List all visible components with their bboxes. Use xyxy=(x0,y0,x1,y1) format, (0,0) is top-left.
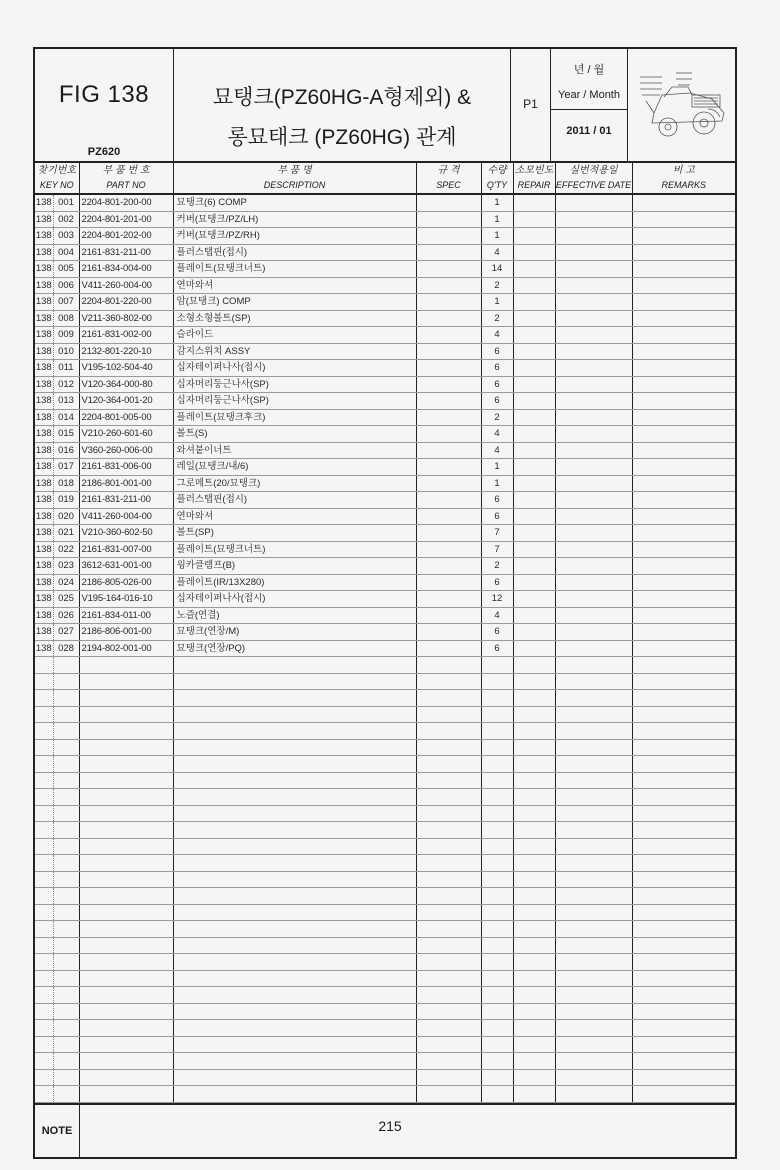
cell-key-no: 003 xyxy=(53,228,79,245)
cell-quantity xyxy=(481,855,513,872)
cell-quantity: 1 xyxy=(481,228,513,245)
cell-key-fig xyxy=(35,657,53,674)
col-header-key-no: 찾기번호KEY NO xyxy=(35,163,79,194)
table-row: 138008V211-360-802-00소형소형볼트(SP)2 xyxy=(35,310,735,327)
cell-remarks xyxy=(632,541,735,558)
cell-key-no xyxy=(53,789,79,806)
cell-remarks xyxy=(632,706,735,723)
cell-spec xyxy=(416,343,481,360)
cell-spec xyxy=(416,244,481,261)
cell-quantity xyxy=(481,1036,513,1053)
cell-effective-date xyxy=(555,1069,632,1086)
table-row: 1380272186-806-001-00묘탱크(연장/M)6 xyxy=(35,624,735,641)
table-row xyxy=(35,1053,735,1070)
cell-repair xyxy=(513,508,555,525)
cell-part-no: V210-360-602-50 xyxy=(79,525,173,542)
cell-quantity: 4 xyxy=(481,327,513,344)
table-header-row: 찾기번호KEY NO 부 품 번 호PART NO 부 품 명DESCRIPTI… xyxy=(35,163,735,194)
cell-part-no xyxy=(79,937,173,954)
cell-quantity: 1 xyxy=(481,459,513,476)
cell-repair xyxy=(513,360,555,377)
cell-description: 연마와셔 xyxy=(173,277,416,294)
cell-key-no xyxy=(53,1003,79,1020)
cell-key-no xyxy=(53,871,79,888)
cell-description: 십자테이퍼나사(접시) xyxy=(173,591,416,608)
cell-remarks xyxy=(632,525,735,542)
cell-effective-date xyxy=(555,706,632,723)
cell-key-no xyxy=(53,657,79,674)
col-header-description: 부 품 명DESCRIPTION xyxy=(173,163,416,194)
table-row: 138021V210-360-602-50볼트(SP)7 xyxy=(35,525,735,542)
cell-key-no: 001 xyxy=(53,194,79,211)
cell-remarks xyxy=(632,277,735,294)
cell-repair xyxy=(513,756,555,773)
cell-quantity: 6 xyxy=(481,640,513,657)
cell-spec xyxy=(416,723,481,740)
cell-quantity xyxy=(481,1069,513,1086)
cell-key-no xyxy=(53,838,79,855)
cell-effective-date xyxy=(555,558,632,575)
cell-remarks xyxy=(632,1003,735,1020)
cell-spec xyxy=(416,574,481,591)
cell-key-fig xyxy=(35,739,53,756)
cell-repair xyxy=(513,640,555,657)
cell-description xyxy=(173,690,416,707)
cell-repair xyxy=(513,706,555,723)
cell-key-no: 010 xyxy=(53,343,79,360)
cell-key-no: 025 xyxy=(53,591,79,608)
cell-description: 묘탱크(연장/M) xyxy=(173,624,416,641)
parts-table-body: 1380012204-801-200-00묘탱크(6) COMP11380022… xyxy=(35,194,735,1102)
cell-key-fig: 138 xyxy=(35,574,53,591)
cell-repair xyxy=(513,673,555,690)
cell-effective-date xyxy=(555,888,632,905)
cell-spec xyxy=(416,954,481,971)
table-row xyxy=(35,954,735,971)
table-row: 138025V195-164-016-10십자테이퍼나사(접시)12 xyxy=(35,591,735,608)
cell-quantity xyxy=(481,756,513,773)
cell-key-no xyxy=(53,904,79,921)
cell-spec xyxy=(416,508,481,525)
cell-part-no: 2204-801-005-00 xyxy=(79,409,173,426)
cell-key-fig: 138 xyxy=(35,327,53,344)
cell-description: 플러스탭핀(접시) xyxy=(173,492,416,509)
cell-repair xyxy=(513,244,555,261)
cell-repair xyxy=(513,772,555,789)
cell-quantity: 6 xyxy=(481,492,513,509)
cell-part-no xyxy=(79,690,173,707)
cell-key-no xyxy=(53,921,79,938)
cell-effective-date xyxy=(555,1086,632,1103)
cell-part-no xyxy=(79,1053,173,1070)
cell-effective-date xyxy=(555,690,632,707)
cell-remarks xyxy=(632,855,735,872)
cell-effective-date xyxy=(555,194,632,211)
cell-key-fig xyxy=(35,937,53,954)
cell-key-fig xyxy=(35,805,53,822)
cell-quantity xyxy=(481,954,513,971)
cell-description: 볼트(S) xyxy=(173,426,416,443)
cell-spec xyxy=(416,194,481,211)
cell-quantity: 1 xyxy=(481,475,513,492)
cell-key-fig: 138 xyxy=(35,508,53,525)
cell-effective-date xyxy=(555,376,632,393)
cell-quantity xyxy=(481,772,513,789)
year-month-label-ko: 년 / 월 xyxy=(551,61,627,77)
cell-part-no: 2161-831-002-00 xyxy=(79,327,173,344)
cell-quantity: 6 xyxy=(481,393,513,410)
cell-remarks xyxy=(632,1069,735,1086)
cell-key-fig: 138 xyxy=(35,558,53,575)
cell-quantity xyxy=(481,1053,513,1070)
cell-quantity xyxy=(481,789,513,806)
cell-spec xyxy=(416,987,481,1004)
cell-effective-date xyxy=(555,525,632,542)
table-row: 138006V411-260-004-00연마와셔2 xyxy=(35,277,735,294)
cell-spec xyxy=(416,459,481,476)
cell-effective-date xyxy=(555,1020,632,1037)
cell-part-no xyxy=(79,838,173,855)
cell-description xyxy=(173,739,416,756)
cell-key-fig: 138 xyxy=(35,194,53,211)
cell-repair xyxy=(513,558,555,575)
cell-remarks xyxy=(632,475,735,492)
cell-key-fig: 138 xyxy=(35,261,53,278)
cell-key-no xyxy=(53,723,79,740)
cell-description: 묘탱크(연장/PQ) xyxy=(173,640,416,657)
cell-repair xyxy=(513,921,555,938)
cell-spec xyxy=(416,1086,481,1103)
cell-spec xyxy=(416,558,481,575)
cell-remarks xyxy=(632,261,735,278)
table-row: 1380052161-834-004-00플레이트(묘탱크너트)14 xyxy=(35,261,735,278)
cell-key-no: 016 xyxy=(53,442,79,459)
cell-spec xyxy=(416,706,481,723)
cell-quantity xyxy=(481,1003,513,1020)
cell-repair xyxy=(513,343,555,360)
cell-part-no: 3612-631-001-00 xyxy=(79,558,173,575)
table-row xyxy=(35,789,735,806)
cell-key-no: 015 xyxy=(53,426,79,443)
cell-remarks xyxy=(632,558,735,575)
cell-key-no: 011 xyxy=(53,360,79,377)
cell-effective-date xyxy=(555,954,632,971)
cell-description: 커버(묘탱크/PZ/RH) xyxy=(173,228,416,245)
cell-remarks xyxy=(632,393,735,410)
cell-repair xyxy=(513,1053,555,1070)
title-line-1: 묘탱크(PZ60HG-A형제외) & xyxy=(174,81,510,111)
cell-part-no xyxy=(79,871,173,888)
cell-key-no xyxy=(53,1020,79,1037)
cell-key-no: 004 xyxy=(53,244,79,261)
cell-effective-date xyxy=(555,475,632,492)
cell-part-no xyxy=(79,673,173,690)
cell-effective-date xyxy=(555,393,632,410)
page-number: 215 xyxy=(0,1118,780,1134)
cell-repair xyxy=(513,1020,555,1037)
table-row xyxy=(35,1020,735,1037)
cell-spec xyxy=(416,1020,481,1037)
cell-quantity: 14 xyxy=(481,261,513,278)
cell-quantity xyxy=(481,987,513,1004)
cell-key-no xyxy=(53,970,79,987)
cell-repair xyxy=(513,970,555,987)
cell-effective-date xyxy=(555,723,632,740)
cell-part-no xyxy=(79,706,173,723)
cell-effective-date xyxy=(555,970,632,987)
cell-repair xyxy=(513,987,555,1004)
cell-spec xyxy=(416,772,481,789)
cell-key-no xyxy=(53,772,79,789)
table-row: 1380092161-831-002-00슬라이드4 xyxy=(35,327,735,344)
cell-spec xyxy=(416,426,481,443)
cell-quantity: 6 xyxy=(481,343,513,360)
cell-spec xyxy=(416,739,481,756)
cell-key-no xyxy=(53,1086,79,1103)
cell-effective-date xyxy=(555,426,632,443)
cell-remarks xyxy=(632,343,735,360)
cell-remarks xyxy=(632,1053,735,1070)
cell-remarks xyxy=(632,1036,735,1053)
cell-key-fig xyxy=(35,1020,53,1037)
table-row xyxy=(35,921,735,938)
cell-quantity: 2 xyxy=(481,310,513,327)
cell-spec xyxy=(416,690,481,707)
cell-quantity: 6 xyxy=(481,360,513,377)
cell-key-no: 012 xyxy=(53,376,79,393)
cell-quantity: 4 xyxy=(481,244,513,261)
cell-remarks xyxy=(632,739,735,756)
cell-remarks xyxy=(632,805,735,822)
cell-part-no: V210-260-601-60 xyxy=(79,426,173,443)
cell-effective-date xyxy=(555,541,632,558)
cell-key-fig xyxy=(35,987,53,1004)
cell-description xyxy=(173,657,416,674)
sheet-header: FIG 138 PZ620 묘탱크(PZ60HG-A형제외) & 롱묘태크 (P… xyxy=(35,49,735,163)
cell-key-no: 022 xyxy=(53,541,79,558)
table-row: 1380262161-834-011-00노즐(연결)4 xyxy=(35,607,735,624)
cell-description xyxy=(173,805,416,822)
cell-description: 십자테이퍼나사(접시) xyxy=(173,360,416,377)
table-row: 138015V210-260-601-60볼트(S)4 xyxy=(35,426,735,443)
cell-key-no: 018 xyxy=(53,475,79,492)
cell-quantity: 1 xyxy=(481,194,513,211)
table-row: 1380012204-801-200-00묘탱크(6) COMP1 xyxy=(35,194,735,211)
cell-repair xyxy=(513,855,555,872)
cell-repair xyxy=(513,739,555,756)
cell-description xyxy=(173,937,416,954)
cell-part-no: 2204-801-200-00 xyxy=(79,194,173,211)
cell-key-fig xyxy=(35,723,53,740)
cell-spec xyxy=(416,211,481,228)
cell-effective-date xyxy=(555,657,632,674)
cell-remarks xyxy=(632,657,735,674)
cell-key-fig xyxy=(35,904,53,921)
table-row: 138011V195-102-504-40십자테이퍼나사(접시)6 xyxy=(35,360,735,377)
cell-spec xyxy=(416,525,481,542)
cell-key-no: 006 xyxy=(53,277,79,294)
cell-key-fig xyxy=(35,1036,53,1053)
cell-part-no: V120-364-000-80 xyxy=(79,376,173,393)
cell-remarks xyxy=(632,822,735,839)
cell-effective-date xyxy=(555,459,632,476)
cell-effective-date xyxy=(555,739,632,756)
cell-description xyxy=(173,1086,416,1103)
cell-spec xyxy=(416,442,481,459)
cell-spec xyxy=(416,294,481,311)
cell-spec xyxy=(416,904,481,921)
cell-part-no xyxy=(79,855,173,872)
cell-spec xyxy=(416,673,481,690)
cell-part-no xyxy=(79,739,173,756)
cell-description xyxy=(173,987,416,1004)
col-header-remarks: 비 고REMARKS xyxy=(632,163,735,194)
cell-key-no xyxy=(53,756,79,773)
cell-remarks xyxy=(632,508,735,525)
cell-key-fig xyxy=(35,789,53,806)
table-row: 1380072204-801-220-00암(묘탱크) COMP1 xyxy=(35,294,735,311)
cell-spec xyxy=(416,475,481,492)
cell-effective-date xyxy=(555,492,632,509)
cell-remarks xyxy=(632,673,735,690)
cell-quantity: 6 xyxy=(481,376,513,393)
cell-quantity xyxy=(481,657,513,674)
cell-spec xyxy=(416,789,481,806)
cell-quantity xyxy=(481,673,513,690)
cell-part-no: 2161-831-211-00 xyxy=(79,244,173,261)
cell-key-no xyxy=(53,822,79,839)
cell-description xyxy=(173,772,416,789)
cell-part-no: V120-364-001-20 xyxy=(79,393,173,410)
cell-repair xyxy=(513,442,555,459)
cell-description: 연마와셔 xyxy=(173,508,416,525)
cell-description xyxy=(173,1036,416,1053)
year-month-label-en: Year / Month xyxy=(551,89,627,101)
cell-part-no xyxy=(79,921,173,938)
cell-part-no xyxy=(79,970,173,987)
cell-part-no: V195-102-504-40 xyxy=(79,360,173,377)
rice-transplanter-icon xyxy=(632,65,732,145)
cell-repair xyxy=(513,194,555,211)
cell-remarks xyxy=(632,607,735,624)
table-row xyxy=(35,1003,735,1020)
cell-repair xyxy=(513,541,555,558)
cell-description xyxy=(173,904,416,921)
cell-quantity xyxy=(481,904,513,921)
cell-description xyxy=(173,1069,416,1086)
cell-remarks xyxy=(632,492,735,509)
table-row xyxy=(35,871,735,888)
cell-remarks xyxy=(632,211,735,228)
cell-key-no xyxy=(53,855,79,872)
cell-key-fig xyxy=(35,822,53,839)
table-row xyxy=(35,904,735,921)
cell-part-no: V195-164-016-10 xyxy=(79,591,173,608)
cell-remarks xyxy=(632,459,735,476)
cell-repair xyxy=(513,904,555,921)
cell-key-no: 021 xyxy=(53,525,79,542)
cell-remarks xyxy=(632,723,735,740)
cell-repair xyxy=(513,657,555,674)
cell-key-fig xyxy=(35,1003,53,1020)
cell-description: 커버(묘탱크/PZ/LH) xyxy=(173,211,416,228)
cell-quantity: 2 xyxy=(481,277,513,294)
table-row xyxy=(35,1086,735,1103)
cell-spec xyxy=(416,838,481,855)
year-month-label-box: 년 / 월 Year / Month xyxy=(551,49,627,110)
cell-key-no: 028 xyxy=(53,640,79,657)
cell-key-no: 019 xyxy=(53,492,79,509)
cell-description: 십자머리둥근나사(SP) xyxy=(173,393,416,410)
cell-key-fig: 138 xyxy=(35,525,53,542)
cell-spec xyxy=(416,261,481,278)
cell-effective-date xyxy=(555,310,632,327)
cell-spec xyxy=(416,822,481,839)
cell-key-fig: 138 xyxy=(35,277,53,294)
cell-part-no: 2204-801-201-00 xyxy=(79,211,173,228)
cell-key-fig: 138 xyxy=(35,442,53,459)
cell-key-no xyxy=(53,1053,79,1070)
cell-key-fig: 138 xyxy=(35,343,53,360)
cell-part-no: 2204-801-202-00 xyxy=(79,228,173,245)
cell-key-fig xyxy=(35,1053,53,1070)
cell-key-fig xyxy=(35,871,53,888)
table-row xyxy=(35,970,735,987)
cell-remarks xyxy=(632,294,735,311)
cell-repair xyxy=(513,475,555,492)
cell-key-fig: 138 xyxy=(35,475,53,492)
cell-key-fig: 138 xyxy=(35,409,53,426)
cell-key-fig: 138 xyxy=(35,310,53,327)
table-row xyxy=(35,838,735,855)
cell-part-no xyxy=(79,1069,173,1086)
machine-illustration xyxy=(628,49,735,161)
cell-part-no xyxy=(79,789,173,806)
cell-key-no: 013 xyxy=(53,393,79,410)
table-row xyxy=(35,690,735,707)
table-row xyxy=(35,1069,735,1086)
cell-quantity: 7 xyxy=(481,541,513,558)
col-header-part-no: 부 품 번 호PART NO xyxy=(79,163,173,194)
table-row: 138012V120-364-000-80십자머리둥근나사(SP)6 xyxy=(35,376,735,393)
cell-remarks xyxy=(632,244,735,261)
cell-repair xyxy=(513,690,555,707)
cell-key-no: 014 xyxy=(53,409,79,426)
cell-quantity xyxy=(481,871,513,888)
cell-remarks xyxy=(632,591,735,608)
cell-key-no: 002 xyxy=(53,211,79,228)
cell-repair xyxy=(513,228,555,245)
cell-quantity xyxy=(481,822,513,839)
cell-remarks xyxy=(632,937,735,954)
table-row xyxy=(35,739,735,756)
cell-remarks xyxy=(632,310,735,327)
table-row: 1380222161-831-007-00플레이트(묘탱크너트)7 xyxy=(35,541,735,558)
cell-repair xyxy=(513,426,555,443)
cell-effective-date xyxy=(555,838,632,855)
cell-repair xyxy=(513,822,555,839)
cell-key-no: 024 xyxy=(53,574,79,591)
cell-quantity xyxy=(481,690,513,707)
table-row xyxy=(35,706,735,723)
model-code: PZ620 xyxy=(35,146,173,158)
cell-quantity: 1 xyxy=(481,211,513,228)
cell-key-no: 017 xyxy=(53,459,79,476)
cell-remarks xyxy=(632,888,735,905)
cell-part-no: 2186-806-001-00 xyxy=(79,624,173,641)
cell-quantity xyxy=(481,921,513,938)
cell-effective-date xyxy=(555,772,632,789)
